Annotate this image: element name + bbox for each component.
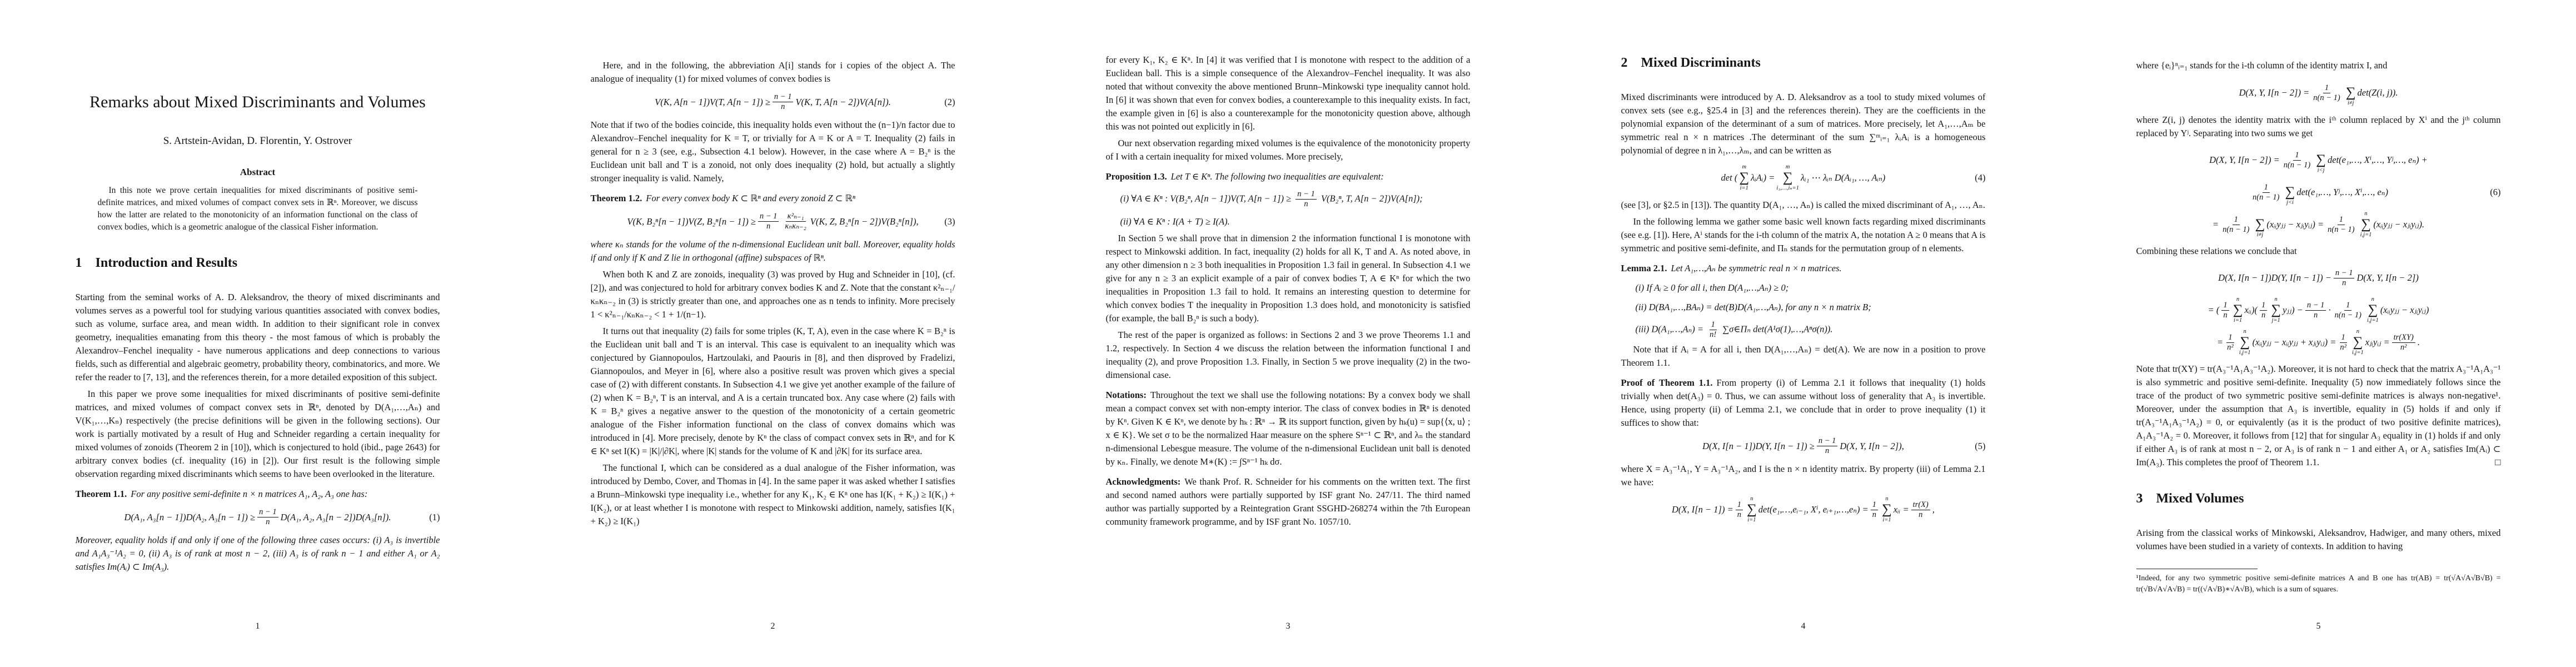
text-block: where {eᵢ}ⁿᵢ₌₁ stands for the i-th colum…	[2136, 0, 2501, 595]
theorem-label: Acknowledgments:	[1106, 476, 1181, 487]
sum-operator: ∑i≠j	[2255, 211, 2265, 238]
fraction-denominator: n	[1917, 510, 1924, 520]
paragraph: It turns out that inequality (2) fails f…	[591, 325, 955, 458]
paragraph: where {eᵢ}ⁿᵢ₌₁ stands for the i-th colum…	[2136, 59, 2501, 72]
equation-number: (5)	[1975, 441, 1985, 452]
fraction-denominator: n²	[2225, 343, 2235, 352]
fraction: 1n!	[1708, 320, 1718, 340]
fraction-numerator: 1	[2293, 151, 2300, 161]
paragraph-text: where Z(i, j) denotes the identity matri…	[2136, 115, 2501, 138]
paragraph: Note that if two of the bodies coincide,…	[591, 118, 955, 185]
theorem-block: Theorem 1.2.For every convex body K ⊂ ℝⁿ…	[591, 192, 955, 205]
sum-lower-limit: i=1	[1747, 517, 1756, 524]
abstract-text: In this note we prove certain inequaliti…	[98, 185, 418, 233]
theorem-label: Proposition 1.3.	[1106, 171, 1167, 182]
math-text: det(e₁,…,eᵢ₋₁, Xⁱ, eᵢ₊₁,…,eₙ) =	[1758, 504, 1869, 515]
fraction-denominator: n²	[2338, 343, 2348, 352]
sum-symbol: ∑	[2255, 217, 2265, 232]
section-title: Mixed Volumes	[2156, 491, 2244, 506]
fraction: 1n²	[2225, 333, 2235, 352]
theorem-block: Proposition 1.3.Let T ∈ Kⁿ. The followin…	[1106, 170, 1471, 183]
section-heading: 2Mixed Discriminants	[1621, 56, 1986, 71]
theorem-text: For any positive semi-definite n × n mat…	[131, 489, 367, 499]
fraction-denominator: n	[1823, 446, 1831, 456]
section-number: 2	[1621, 56, 1628, 70]
page-1: Remarks about Mixed Discriminants and Vo…	[0, 0, 515, 667]
fraction: 1n	[1736, 500, 1743, 520]
sum-lower-limit: j=1	[2272, 317, 2280, 324]
display-equation: V(K, B₂ⁿ[n − 1])V(Z, B₂ⁿ[n − 1]) ≥ n − 1…	[591, 212, 955, 231]
sum-lower-limit: i,j=1	[2239, 350, 2251, 356]
list-item: (ii) D(BA₁,…,BAₙ) = det(B)D(A₁,…,Aₙ), fo…	[1621, 301, 1986, 314]
equation-number: (4)	[1975, 172, 1985, 183]
multiline-equation: D(X, I[n − 1])D(Y, I[n − 1]) − n − 1n D(…	[2136, 263, 2501, 357]
display-equation: det (m∑i=1 λᵢAᵢ) = m∑i₁,…,iₙ=1 λᵢ₁ ⋯ λᵢₙ…	[1621, 164, 1986, 192]
text-block: for every K₁, K₂ ∈ Kⁿ. In [4] it was ver…	[1106, 0, 1471, 529]
theorem-block: Proof of Theorem 1.1.From property (i) o…	[1621, 376, 1986, 430]
theorem-label: Notations:	[1106, 390, 1147, 400]
sum-symbol: ∑	[2346, 86, 2356, 100]
math-text: (xᵢᵢyⱼⱼ − xⱼᵢyᵢⱼ).	[2373, 219, 2424, 230]
fraction-numerator: 1	[1710, 320, 1717, 330]
math-text: det (	[1721, 172, 1738, 183]
fraction: 1n(n − 1)	[2333, 301, 2363, 320]
text-block: Here, and in the following, the abbrevia…	[591, 0, 955, 528]
display-equation: D(A₁, A₃[n − 1])D(A₂, A₃[n − 1]) ≥ n − 1…	[76, 507, 440, 527]
fraction-denominator: n	[1871, 510, 1878, 520]
fraction: n − 1n	[773, 92, 794, 112]
sum-operator: n∑i=1	[1747, 496, 1757, 524]
math-text: yⱼⱼ) −	[2283, 305, 2303, 316]
equation-line: D(X, Y, I[n − 2]) = 1n(n − 1)∑i<j det(e₁…	[2136, 146, 2501, 175]
fraction-denominator: n	[2260, 311, 2267, 320]
math-text: (ii) D(BA₁,…,BAₙ) = det(B)D(A₁,…,Aₙ), fo…	[1636, 302, 1871, 312]
sum-lower-limit: i≠j	[2348, 100, 2354, 107]
math-text: ·	[2328, 305, 2330, 316]
sum-operator: m∑i=1	[1739, 164, 1749, 192]
math-text: (xᵢᵢyⱼⱼ − xⱼᵢyᵢⱼ)	[2380, 305, 2429, 316]
math-text: det(Z(i, j)).	[2358, 87, 2398, 98]
paragraph-text: Note that tr(XY) = tr(A₃⁻¹A₁A₃⁻¹A₂). Mor…	[2136, 364, 2501, 467]
math-text: det(e₁,…, Xⁱ,…, Yʲ,…, eₙ) +	[2328, 155, 2428, 166]
fraction-denominator: n	[1302, 200, 1309, 209]
paragraph-text: In Section 5 we shall prove that in dime…	[1106, 233, 1471, 323]
sum-operator: n∑j=1	[2271, 296, 2281, 324]
equation-line: 1n(n − 1)∑j<i det(e₁,…, Yʲ,…, Xⁱ,…, eₙ)(…	[2136, 178, 2501, 207]
math-text: =	[2213, 219, 2219, 230]
sum-symbol: ∑	[2361, 217, 2371, 232]
math-text: (i) ∀A ∈ Kⁿ : V(B₂ⁿ, A[n − 1])V(T, A[n −…	[1120, 193, 1294, 203]
paragraph: where X = A₃⁻¹A₁, Y = A₃⁻¹A₂, and I is t…	[1621, 462, 1986, 489]
fraction-numerator: 1	[2340, 333, 2347, 343]
section-number: 1	[76, 256, 82, 270]
sum-operator: ∑i≠j	[2346, 79, 2356, 107]
math-text: (iii) D(A₁,…,Aₙ) =	[1636, 323, 1706, 334]
fraction-numerator: n − 1	[758, 212, 779, 222]
math-text: (ii) ∀A ∈ Kⁿ : I(A + T) ≥ I(A).	[1120, 216, 1230, 227]
equation-number: (2)	[944, 97, 955, 108]
theorem-label: Lemma 2.1.	[1621, 263, 1667, 273]
math-text: ∑σ∈Πₙ det(A¹σ(1),…,Aⁿσ(n)).	[1720, 323, 1832, 334]
fraction: n − 1n	[257, 507, 278, 527]
math-text: D(A₁, A₂, A₃[n − 2])D(A₃[n]).	[281, 512, 391, 523]
fraction: 1n(n − 1)	[2251, 183, 2281, 202]
math-text: = (	[2208, 305, 2220, 316]
section-number: 3	[2136, 491, 2143, 506]
footnote-rule	[2136, 569, 2258, 569]
fraction-denominator: n(n − 1)	[2221, 225, 2251, 235]
fraction-numerator: 1	[2323, 83, 2330, 93]
sum-symbol: ∑	[2271, 303, 2281, 317]
paragraph: Note that if Aᵢ = A for all i, then D(A₁…	[1621, 343, 1986, 370]
fraction: 1n	[2221, 301, 2229, 320]
math-text: .	[2418, 337, 2420, 348]
math-text: ,	[1932, 504, 1935, 515]
footnote: ¹Indeed, for any two symmetric positive …	[2136, 569, 2501, 595]
page-number: 4	[1546, 621, 2061, 631]
fraction-denominator: n(n − 1)	[2282, 161, 2312, 170]
fraction: 1n(n − 1)	[2311, 83, 2341, 103]
equation-line: = 1n(n − 1)∑i≠j (xᵢᵢyⱼⱼ − xⱼᵢyᵢⱼ) = 1n(n…	[2136, 210, 2501, 239]
fraction-numerator: 1	[2226, 333, 2234, 343]
page-number: 5	[2061, 621, 2576, 631]
sum-symbol: ∑	[1882, 502, 1892, 517]
multiline-equation: D(X, Y, I[n − 2]) = 1n(n − 1)∑i<j det(e₁…	[2136, 146, 2501, 239]
fraction: 1n(n − 1)	[2326, 215, 2356, 235]
page-5: where {eᵢ}ⁿᵢ₌₁ stands for the i-th colum…	[2061, 0, 2576, 667]
sum-symbol: ∑	[2368, 303, 2378, 317]
fraction: tr(X)n	[1911, 500, 1930, 520]
math-text: V(K, B₂ⁿ[n − 1])V(Z, B₂ⁿ[n − 1]) ≥	[627, 216, 755, 227]
fraction-numerator: 1	[2233, 215, 2240, 225]
fraction: n − 1n	[2334, 268, 2355, 288]
fraction-denominator: n	[2221, 311, 2229, 320]
math-text: D(X, Y, I[n − 2]),	[1840, 441, 1904, 452]
theorem-text: Let A₁,…,Aₙ be symmetric real n × n matr…	[1671, 263, 1841, 273]
fraction: n − 1n	[2305, 301, 2326, 320]
fraction-numerator: 1	[1736, 500, 1743, 510]
paragraph-text: In the following lemma we gather some ba…	[1621, 216, 1986, 253]
math-text: xᵢᵢ =	[1894, 504, 1909, 515]
paragraph: Mixed discriminants were introduced by A…	[1621, 91, 1986, 157]
sum-symbol: ∑	[1783, 171, 1793, 185]
page-2: Here, and in the following, the abbrevia…	[515, 0, 1030, 667]
sum-symbol: ∑	[1739, 171, 1749, 185]
paragraph-text: Arising from the classical works of Mink…	[2136, 527, 2501, 551]
sum-lower-limit: i=1	[1882, 517, 1891, 524]
fraction-denominator: n	[2312, 311, 2319, 320]
sum-operator: n∑i,j=1	[2239, 328, 2251, 356]
page-number: 3	[1030, 621, 1546, 631]
theorem-text: For every convex body K ⊂ ℝⁿ and every z…	[646, 193, 855, 203]
fraction: 1n	[2260, 301, 2267, 320]
paper-title: Remarks about Mixed Discriminants and Vo…	[76, 92, 440, 112]
fraction-denominator: n	[2340, 278, 2348, 288]
page-number: 1	[0, 621, 515, 631]
equation-line: D(X, I[n − 1])D(Y, I[n − 1]) − n − 1n D(…	[2136, 263, 2501, 292]
text-block: 2Mixed DiscriminantsMixed discriminants …	[1621, 0, 1986, 524]
sum-lower-limit: i,j=1	[2367, 317, 2379, 324]
sum-operator: n∑i,j=1	[2352, 328, 2364, 356]
fraction-numerator: 1	[2344, 301, 2351, 311]
paragraph: The rest of the paper is organized as fo…	[1106, 328, 1471, 382]
paragraph-text: When both K and Z are zonoids, inequalit…	[591, 269, 955, 320]
text-block: Remarks about Mixed Discriminants and Vo…	[76, 0, 440, 574]
paragraph-text: Combining these relations we conclude th…	[2136, 246, 2297, 256]
fraction-numerator: 1	[2260, 301, 2267, 311]
paragraph-text: Our next observation regarding mixed vol…	[1106, 138, 1471, 162]
fraction: tr(XY)n²	[2392, 333, 2415, 352]
math-text: V(B₂ⁿ, T, A[n − 2])V(A[n]);	[1319, 193, 1423, 203]
fraction: n − 1n	[758, 212, 779, 231]
sum-lower-limit: i=1	[1740, 185, 1748, 192]
theorem-text: Throughout the text we shall use the fol…	[1106, 390, 1471, 467]
paragraph: The functional I, which can be considere…	[591, 461, 955, 528]
sum-operator: n∑i,j=1	[2360, 211, 2372, 238]
paragraph-text: where X = A₃⁻¹A₁, Y = A₃⁻¹A₂, and I is t…	[1621, 464, 1986, 487]
paragraph-text: Note that if two of the bodies coincide,…	[591, 120, 955, 183]
display-equation: V(K, A[n − 1])V(T, A[n − 1]) ≥ n − 1n V(…	[591, 92, 955, 112]
fraction-numerator: n − 1	[2334, 268, 2355, 278]
sum-lower-limit: i≠j	[2257, 232, 2264, 238]
page-3: for every K₁, K₂ ∈ Kⁿ. In [4] it was ver…	[1030, 0, 1546, 667]
math-text: V(K, Z, B₂ⁿ[n − 2])V(B₂ⁿ[n]),	[810, 216, 919, 227]
math-text: V(K, A[n − 1])V(T, A[n − 1]) ≥	[655, 97, 770, 108]
paragraph: In Section 5 we shall prove that in dime…	[1106, 232, 1471, 325]
sum-symbol: ∑	[2285, 185, 2295, 200]
fraction-numerator: n − 1	[1817, 436, 1838, 446]
sum-symbol: ∑	[2233, 303, 2243, 317]
math-text: (xᵢᵢyⱼⱼ − xᵢᵢyⱼⱼ + xⱼᵢyᵢⱼ) =	[2253, 337, 2336, 348]
fraction-numerator: tr(X)	[1911, 500, 1930, 510]
display-equation: D(X, I[n − 1])D(Y, I[n − 1]) ≥ n − 1n D(…	[1621, 436, 1986, 456]
theorem-block: Notations:Throughout the text we shall u…	[1106, 389, 1471, 469]
math-text: D(X, I[n − 1])D(Y, I[n − 1]) −	[2218, 272, 2331, 283]
section-heading: 3Mixed Volumes	[2136, 491, 2501, 506]
paragraph-text: Here, and in the following, the abbrevia…	[591, 60, 955, 84]
paragraph: (see [3], or §2.5 in [13]). The quantity…	[1621, 198, 1986, 212]
fraction: 1n²	[2338, 333, 2348, 352]
paragraph-text: In this paper we prove some inequalities…	[76, 389, 440, 479]
fraction-denominator: n	[779, 102, 786, 112]
sum-operator: n∑i=1	[2233, 296, 2243, 324]
fraction-denominator: n	[765, 222, 772, 231]
paragraph: where Z(i, j) denotes the identity matri…	[2136, 113, 2501, 140]
paragraph: Starting from the seminal works of A. D.…	[76, 291, 440, 384]
equation-number: (3)	[944, 216, 955, 227]
fraction-numerator: n − 1	[257, 507, 278, 517]
sum-lower-limit: i,j=1	[2360, 232, 2372, 238]
fraction: 1n(n − 1)	[2221, 215, 2251, 235]
paper-document: arXiv:1306.1315v1 [math.MG] 6 Jun 2013 R…	[0, 0, 2576, 667]
fraction: 1n	[1871, 500, 1878, 520]
fraction: n − 1n	[1296, 190, 1317, 209]
sum-lower-limit: i₁,…,iₙ=1	[1776, 185, 1799, 192]
paragraph: Moreover, equality holds if and only if …	[76, 534, 440, 574]
paragraph: Our next observation regarding mixed vol…	[1106, 137, 1471, 163]
paragraph: In this paper we prove some inequalities…	[76, 387, 440, 481]
fraction-numerator: 1	[2263, 183, 2270, 193]
paragraph-text: Note that if Aᵢ = A for all i, then D(A₁…	[1621, 344, 1986, 368]
theorem-label: Theorem 1.2.	[591, 193, 642, 203]
paragraph-text: The rest of the paper is organized as fo…	[1106, 330, 1471, 380]
math-text: D(X, I[n − 1])D(Y, I[n − 1]) ≥	[1702, 441, 1815, 452]
sum-operator: n∑i,j=1	[2367, 296, 2379, 324]
fraction-numerator: n − 1	[2305, 301, 2326, 311]
list-item: (iii) D(A₁,…,Aₙ) = 1n! ∑σ∈Πₙ det(A¹σ(1),…	[1621, 320, 1986, 340]
equation-number: (1)	[429, 512, 440, 523]
fraction-denominator: n(n − 1)	[2333, 311, 2363, 320]
fraction-numerator: n − 1	[1296, 190, 1317, 200]
paragraph-text: Mixed discriminants were introduced by A…	[1621, 92, 1986, 156]
math-text: λᵢAᵢ) =	[1751, 172, 1775, 183]
paragraph-text: Starting from the seminal works of A. D.…	[76, 292, 440, 382]
authors-line: S. Artstein-Avidan, D. Florentin, Y. Ost…	[76, 135, 440, 148]
fraction-numerator: κ²ₙ₋₁	[786, 212, 806, 222]
math-text: D(X, Y, I[n − 2]) =	[2239, 87, 2310, 98]
math-text: =	[2217, 337, 2223, 348]
section-title: Mixed Discriminants	[1641, 56, 1761, 70]
abstract-heading: Abstract	[76, 167, 440, 178]
footnote-text: ¹Indeed, for any two symmetric positive …	[2136, 574, 2501, 594]
fraction-numerator: n − 1	[773, 92, 794, 102]
paragraph-text: where κₙ stands for the volume of the n-…	[591, 239, 955, 263]
equation-number: (6)	[2490, 187, 2500, 198]
theorem-block: Acknowledgments:We thank Prof. R. Schnei…	[1106, 475, 1471, 529]
theorem-block: Theorem 1.1.For any positive semi-defini…	[76, 487, 440, 501]
page-number: 2	[515, 621, 1030, 631]
fraction: 1n(n − 1)	[2282, 151, 2312, 170]
paragraph: Combining these relations we conclude th…	[2136, 245, 2501, 258]
equation-line: = 1n²n∑i,j=1 (xᵢᵢyⱼⱼ − xᵢᵢyⱼⱼ + xⱼᵢyᵢⱼ) …	[2136, 328, 2501, 357]
section-heading: 1Introduction and Results	[76, 256, 440, 271]
fraction-numerator: tr(XY)	[2392, 333, 2415, 343]
paragraph-text: for every K₁, K₂ ∈ Kⁿ. In [4] it was ver…	[1106, 54, 1471, 132]
display-equation: D(X, Y, I[n − 2]) = 1n(n − 1)∑i≠j det(Z(…	[2136, 79, 2501, 107]
sum-symbol: ∑	[2240, 335, 2250, 350]
paragraph: In the following lemma we gather some ba…	[1621, 215, 1986, 255]
math-text: D(A₁, A₃[n − 1])D(A₂, A₃[n − 1]) ≥	[124, 512, 255, 523]
list-item: (i) ∀A ∈ Kⁿ : V(B₂ⁿ, A[n − 1])V(T, A[n −…	[1106, 190, 1471, 209]
paragraph: When both K and Z are zonoids, inequalit…	[591, 268, 955, 321]
sum-symbol: ∑	[2353, 335, 2363, 350]
fraction-denominator: n!	[1708, 330, 1718, 340]
fraction-denominator: n²	[2399, 343, 2409, 352]
fraction: κ²ₙ₋₁κₙκₙ₋₂	[783, 212, 808, 231]
theorem-label: Theorem 1.1.	[76, 489, 127, 499]
theorem-block: Lemma 2.1.Let A₁,…,Aₙ be symmetric real …	[1621, 262, 1986, 275]
paragraph-text: It turns out that inequality (2) fails f…	[591, 326, 955, 456]
paragraph: for every K₁, K₂ ∈ Kⁿ. In [4] it was ver…	[1106, 53, 1471, 133]
math-text: D(X, Y, I[n − 2])	[2356, 272, 2418, 283]
math-text: xⱼᵢyᵢⱼ =	[2365, 337, 2390, 348]
list-item: (i) If Aᵢ ≥ 0 for all i, then D(A₁,…,Aₙ)…	[1621, 281, 1986, 295]
paragraph: where κₙ stands for the volume of the n-…	[591, 238, 955, 265]
math-text: det(e₁,…, Yʲ,…, Xⁱ,…, eₙ)	[2296, 187, 2388, 198]
sum-lower-limit: i=1	[2234, 317, 2242, 324]
fraction-denominator: n	[264, 517, 271, 527]
fraction-denominator: n(n − 1)	[2326, 225, 2356, 235]
fraction-numerator: 1	[2221, 301, 2229, 311]
sum-symbol: ∑	[2316, 153, 2326, 167]
sum-operator: ∑j<i	[2285, 178, 2295, 206]
equation-line: = (1nn∑i=1 xᵢᵢ)(1nn∑j=1 yⱼⱼ) − n − 1n · …	[2136, 296, 2501, 325]
math-text: D(X, Y, I[n − 2]) =	[2209, 155, 2280, 166]
paragraph-text: where {eᵢ}ⁿᵢ₌₁ stands for the i-th colum…	[2136, 60, 2388, 71]
paragraph: Arising from the classical works of Mink…	[2136, 526, 2501, 553]
math-text: xᵢᵢ)(	[2244, 305, 2258, 316]
math-text: D(X, I[n − 1]) =	[1672, 504, 1733, 515]
sum-operator: m∑i₁,…,iₙ=1	[1776, 164, 1799, 192]
sum-lower-limit: i,j=1	[2352, 350, 2364, 356]
list-item: (ii) ∀A ∈ Kⁿ : I(A + T) ≥ I(A).	[1106, 215, 1471, 228]
paragraph-text: Moreover, equality holds if and only if …	[76, 535, 440, 572]
paragraph-text: (see [3], or §2.5 in [13]). The quantity…	[1621, 200, 1986, 210]
display-equation: D(X, I[n − 1]) = 1nn∑i=1 det(e₁,…,eᵢ₋₁, …	[1621, 496, 1986, 524]
paragraph: Note that tr(XY) = tr(A₃⁻¹A₁A₃⁻¹A₂). Mor…	[2136, 362, 2501, 469]
sum-symbol: ∑	[1747, 502, 1757, 517]
sum-operator: n∑i=1	[1882, 496, 1892, 524]
fraction-denominator: κₙκₙ₋₂	[783, 222, 808, 231]
math-text: (xᵢᵢyⱼⱼ − xⱼᵢyᵢⱼ) =	[2266, 219, 2324, 230]
fraction-numerator: 1	[2338, 215, 2345, 225]
qed-box: □	[2495, 456, 2500, 469]
sum-lower-limit: i<j	[2318, 167, 2325, 174]
theorem-label: Proof of Theorem 1.1.	[1621, 377, 1713, 388]
fraction-denominator: n(n − 1)	[2311, 93, 2341, 103]
fraction-denominator: n(n − 1)	[2251, 193, 2281, 202]
fraction: n − 1n	[1817, 436, 1838, 456]
paragraph: Here, and in the following, the abbrevia…	[591, 59, 955, 86]
math-text: λᵢ₁ ⋯ λᵢₙ D(Aᵢ₁, …, Aᵢₙ)	[1801, 172, 1885, 183]
sum-lower-limit: j<i	[2286, 200, 2294, 206]
fraction-numerator: 1	[1871, 500, 1878, 510]
section-title: Introduction and Results	[96, 256, 238, 270]
theorem-text: Let T ∈ Kⁿ. The following two inequaliti…	[1171, 171, 1384, 182]
sum-operator: ∑i<j	[2316, 146, 2326, 174]
fraction-denominator: n	[1736, 510, 1743, 520]
paragraph-text: The functional I, which can be considere…	[591, 462, 955, 526]
page-4: 2Mixed DiscriminantsMixed discriminants …	[1546, 0, 2061, 667]
math-text: V(K, T, A[n − 2])V(A[n]).	[795, 97, 890, 108]
math-text: (i) If Aᵢ ≥ 0 for all i, then D(A₁,…,Aₙ)…	[1636, 282, 1789, 293]
